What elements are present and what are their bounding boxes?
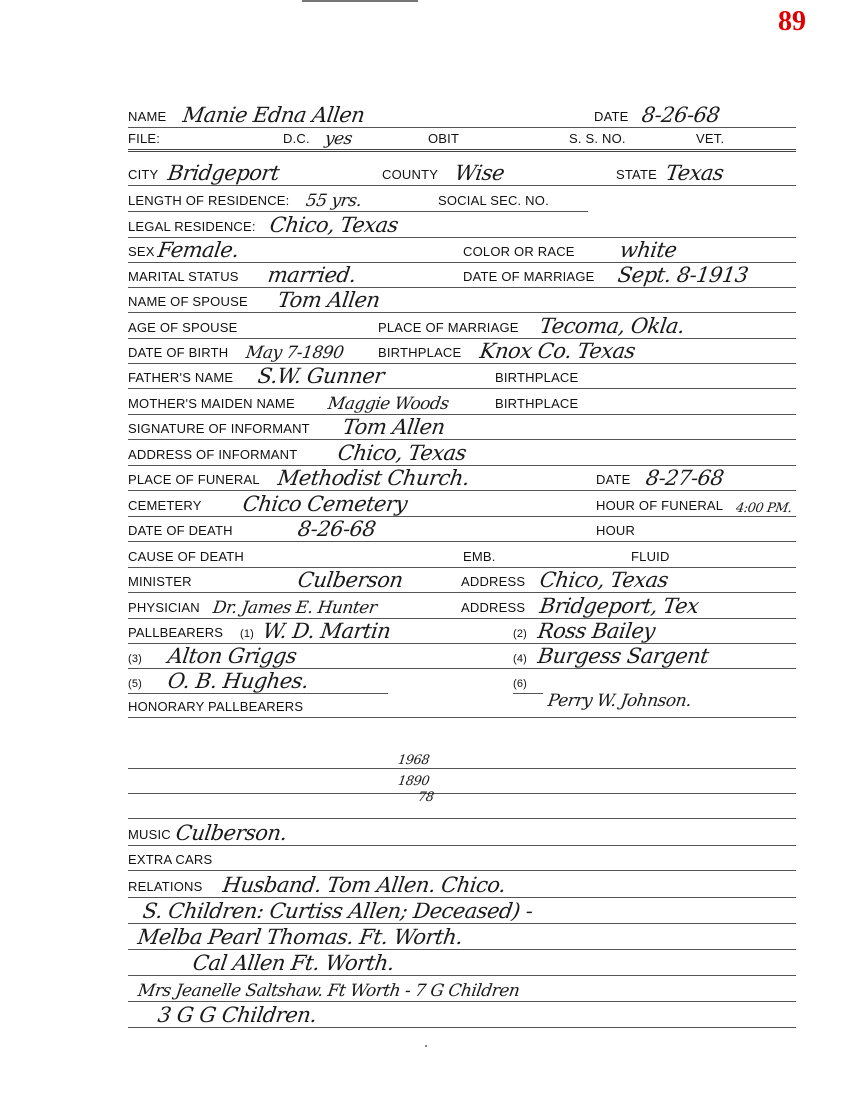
value-place-of-funeral: Methodist Church. (276, 466, 471, 490)
label-physician: PHYSICIAN (128, 600, 200, 615)
label-mothers-birthplace: BIRTHPLACE (495, 396, 578, 411)
value-minister: Culberson (296, 568, 404, 592)
row-date-of-death: DATE OF DEATH 8-26-68 HOUR (128, 516, 796, 542)
label-hour: HOUR (596, 523, 635, 538)
value-birthplace: Knox Co. Texas (478, 339, 636, 363)
value-music: Culberson. (174, 821, 288, 845)
label-color-or-race: COLOR OR RACE (463, 244, 575, 259)
label-age-of-spouse: AGE OF SPOUSE (128, 320, 238, 335)
label-extra-cars: EXTRA CARS (128, 852, 212, 867)
label-signature-of-informant: SIGNATURE OF INFORMANT (128, 421, 310, 436)
value-city: Bridgeport (166, 161, 280, 185)
row-mothers-maiden-name: MOTHER'S MAIDEN NAME Maggie Woods BIRTHP… (128, 389, 796, 415)
label-birthplace: BIRTHPLACE (378, 345, 461, 360)
row-pallbearers-3-4: (3) Alton Griggs (4) Burgess Sargent (128, 643, 796, 669)
value-date-of-birth: May 7-1890 (245, 343, 345, 363)
pallbearer-1: W. D. Martin (261, 619, 392, 643)
row-minister: MINISTER Culberson ADDRESS Chico, Texas (128, 567, 796, 593)
pallbearer-num-3: (3) (128, 653, 142, 665)
label-fluid: FLUID (631, 549, 670, 564)
pallbearer-num-1: (1) (240, 628, 254, 640)
row-honorary-pallbearers: HONORARY PALLBEARERS (128, 695, 796, 718)
label-state: STATE (616, 167, 657, 182)
row-music: MUSIC Culberson. (128, 820, 796, 846)
label-funeral-date: DATE (596, 472, 631, 487)
value-fathers-name: S.W. Gunner (256, 364, 385, 388)
row-address-of-informant: ADDRESS OF INFORMANT Chico, Texas (128, 440, 796, 466)
pallbearer-5-underline (128, 693, 388, 694)
pallbearer-2: Ross Bailey (536, 619, 656, 643)
value-length-of-residence: 55 yrs. (305, 191, 363, 211)
label-music: MUSIC (128, 827, 171, 842)
label-fathers-birthplace: BIRTHPLACE (495, 370, 578, 385)
label-relations: RELATIONS (128, 879, 203, 894)
pallbearer-3: Alton Griggs (166, 644, 298, 668)
relations-line-4: Cal Allen Ft. Worth. (191, 951, 395, 975)
label-dc: D.C. (283, 131, 310, 146)
label-emb: EMB. (463, 549, 496, 564)
row-file: FILE: D.C. yes OBIT S. S. NO. VET. (128, 127, 796, 152)
pallbearer-6-underline (513, 693, 543, 694)
row-marital-status: MARITAL STATUS married. DATE OF MARRIAGE… (128, 262, 796, 288)
pallbearer-5: O. B. Hughes. (166, 669, 310, 693)
relations-line-3: Melba Pearl Thomas. Ft. Worth. (136, 925, 464, 949)
row-blank-3 (128, 793, 796, 819)
pallbearer-num-5: (5) (128, 678, 142, 690)
row-cause-of-death: CAUSE OF DEATH EMB. FLUID (128, 542, 796, 568)
value-address-of-informant: Chico, Texas (336, 441, 467, 465)
label-name-of-spouse: NAME OF SPOUSE (128, 294, 248, 309)
row-relations-1: RELATIONS Husband. Tom Allen. Chico. (128, 872, 796, 898)
page-number: 89 (778, 6, 806, 38)
label-sex: SEX (128, 244, 155, 259)
label-pallbearers: PALLBEARERS (128, 625, 223, 640)
scan-speck (425, 1045, 427, 1047)
row-relations-3: Melba Pearl Thomas. Ft. Worth. (128, 924, 796, 950)
row-relations-4: Cal Allen Ft. Worth. (128, 950, 796, 976)
pallbearer-4: Burgess Sargent (536, 644, 710, 668)
value-county: Wise (453, 161, 506, 185)
row-extra-cars: EXTRA CARS (128, 845, 796, 871)
pallbearer-num-4: (4) (513, 653, 527, 665)
label-minister-address: ADDRESS (461, 574, 525, 589)
row-legal-residence: LEGAL RESIDENCE: Chico, Texas (128, 212, 796, 238)
label-minister: MINISTER (128, 574, 192, 589)
value-date-of-death: 8-26-68 (296, 517, 377, 541)
label-mothers-maiden-name: MOTHER'S MAIDEN NAME (128, 396, 295, 411)
row-length-of-residence: LENGTH OF RESIDENCE: 55 yrs. SOCIAL SEC.… (128, 186, 588, 212)
row-name-of-spouse: NAME OF SPOUSE Tom Allen (128, 287, 796, 313)
row-blank-1: 1968 (128, 743, 796, 769)
row-age-of-spouse: AGE OF SPOUSE PLACE OF MARRIAGE Tecoma, … (128, 313, 796, 339)
label-name: NAME (128, 109, 166, 124)
value-name: Manie Edna Allen (181, 103, 366, 127)
row-cemetery: CEMETERY Chico Cemetery HOUR OF FUNERAL … (128, 491, 796, 517)
label-file: FILE: (128, 131, 160, 146)
row-city: CITY Bridgeport COUNTY Wise STATE Texas (128, 160, 796, 186)
label-cemetery: CEMETERY (128, 498, 202, 513)
row-blank-2: 1890 78 (128, 768, 796, 794)
row-pallbearers-5-6: (5) O. B. Hughes. (6) Perry W. Johnson. (128, 668, 796, 693)
relations-line-1: Husband. Tom Allen. Chico. (221, 873, 507, 897)
label-vet: VET. (696, 131, 724, 146)
value-color-or-race: white (618, 238, 678, 262)
label-legal-residence: LEGAL RESIDENCE: (128, 219, 256, 234)
label-date-of-birth: DATE OF BIRTH (128, 345, 228, 360)
label-place-of-marriage: PLACE OF MARRIAGE (378, 320, 519, 335)
label-marital-status: MARITAL STATUS (128, 269, 239, 284)
label-honorary-pallbearers: HONORARY PALLBEARERS (128, 699, 303, 714)
value-date: 8-26-68 (640, 103, 721, 127)
row-place-of-funeral: PLACE OF FUNERAL Methodist Church. DATE … (128, 465, 796, 491)
label-ss-no: S. S. NO. (569, 131, 626, 146)
row-pallbearers-1-2: PALLBEARERS (1) W. D. Martin (2) Ross Ba… (128, 618, 796, 644)
value-mothers-maiden-name: Maggie Woods (327, 394, 450, 414)
value-name-of-spouse: Tom Allen (276, 288, 381, 312)
label-date: DATE (594, 109, 629, 124)
label-place-of-funeral: PLACE OF FUNERAL (128, 472, 260, 487)
value-date-of-marriage: Sept. 8-1913 (616, 263, 749, 287)
value-cemetery: Chico Cemetery (241, 492, 408, 516)
row-relations-6: 3 G G Children. (128, 1002, 796, 1028)
value-place-of-marriage: Tecoma, Okla. (538, 314, 686, 338)
label-social-sec-no: SOCIAL SEC. NO. (438, 193, 549, 208)
row-name: NAME Manie Edna Allen DATE 8-26-68 (128, 102, 796, 128)
label-obit: OBIT (428, 131, 459, 146)
value-minister-address: Chico, Texas (538, 568, 669, 592)
pallbearer-num-2: (2) (513, 628, 527, 640)
pallbearer-num-6: (6) (513, 678, 527, 690)
label-fathers-name: FATHER'S NAME (128, 370, 233, 385)
calc-line-1: 1968 (397, 753, 430, 768)
value-funeral-date: 8-27-68 (644, 466, 725, 490)
row-relations-5: Mrs Jeanelle Saltshaw. Ft Worth - 7 G Ch… (128, 976, 796, 1002)
value-legal-residence: Chico, Texas (268, 213, 399, 237)
calc-line-2: 1890 (397, 774, 430, 789)
relations-line-2: S. Children: Curtiss Allen; Deceased) - (141, 899, 534, 923)
value-sex: Female. (156, 238, 240, 262)
value-signature-of-informant: Tom Allen (341, 415, 446, 439)
row-fathers-name: FATHER'S NAME S.W. Gunner BIRTHPLACE (128, 363, 796, 389)
value-physician: Dr. James E. Hunter (212, 598, 378, 618)
value-hour-of-funeral: 4:00 PM. (735, 501, 793, 516)
top-rule (302, 0, 418, 2)
row-sex: SEX Female. COLOR OR RACE white (128, 237, 796, 263)
row-physician: PHYSICIAN Dr. James E. Hunter ADDRESS Br… (128, 593, 796, 619)
row-signature-of-informant: SIGNATURE OF INFORMANT Tom Allen (128, 414, 796, 440)
row-relations-2: S. Children: Curtiss Allen; Deceased) - (128, 898, 796, 924)
value-dc: yes (324, 129, 354, 149)
relations-line-6: 3 G G Children. (156, 1003, 318, 1027)
label-date-of-marriage: DATE OF MARRIAGE (463, 269, 595, 284)
relations-line-5: Mrs Jeanelle Saltshaw. Ft Worth - 7 G Ch… (137, 981, 521, 1001)
row-date-of-birth: DATE OF BIRTH May 7-1890 BIRTHPLACE Knox… (128, 338, 796, 364)
label-county: COUNTY (382, 167, 438, 182)
label-hour-of-funeral: HOUR OF FUNERAL (596, 498, 723, 513)
label-length-of-residence: LENGTH OF RESIDENCE: (128, 193, 289, 208)
value-marital-status: married. (266, 263, 357, 287)
label-physician-address: ADDRESS (461, 600, 525, 615)
label-address-of-informant: ADDRESS OF INFORMANT (128, 447, 297, 462)
label-date-of-death: DATE OF DEATH (128, 523, 233, 538)
value-physician-address: Bridgeport, Tex (538, 594, 700, 618)
value-state: Texas (664, 161, 725, 185)
label-city: CITY (128, 167, 158, 182)
label-cause-of-death: CAUSE OF DEATH (128, 549, 244, 564)
